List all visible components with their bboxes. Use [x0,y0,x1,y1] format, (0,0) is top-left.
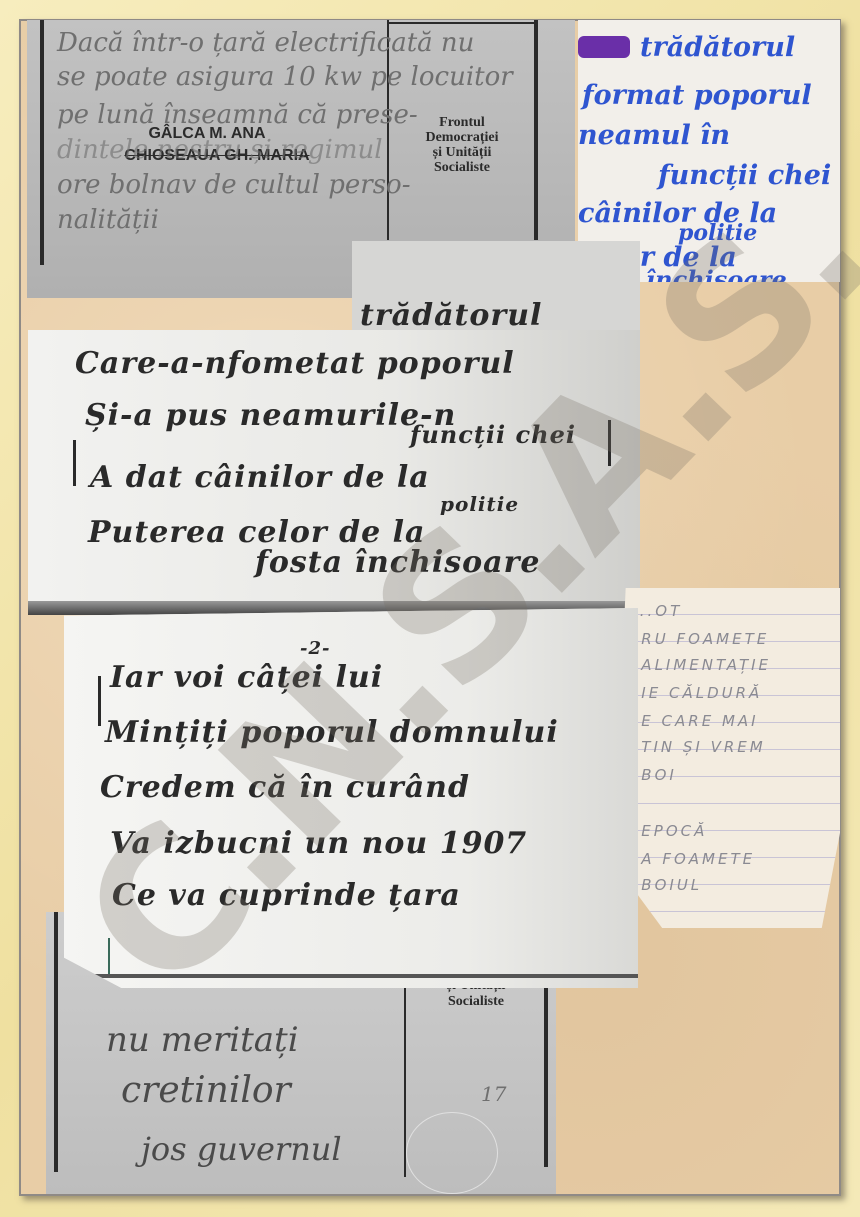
staple [108,938,110,978]
purple-marker-mark [578,36,630,58]
handwriting-line: trădătorul [360,298,542,333]
party-line-2: Democrației [392,130,532,145]
handwriting-line: nu meritați [106,1020,299,1060]
handwriting-line: se poate asigura 10 kw pe locuitor [57,62,513,92]
pencil-caps-note: ...OT ...RU FOAMETE ...ALIMENTAȚIE ...IE… [612,588,840,928]
handwriting-line: ore bolnav de cultul perso- [57,170,410,200]
handwriting-line: închisoare [646,265,787,282]
ballot-top-rule [389,22,536,24]
handwriting-line: funcții chei [658,160,831,191]
handwriting-line: Mințiți poporul domnului [105,715,559,750]
handwriting-line: cretinilor [121,1070,291,1111]
staple [608,420,611,466]
stamp-circle [406,1112,498,1194]
staple [73,440,76,486]
ballot-border-right [534,20,538,240]
page-number: 17 [481,1082,506,1106]
handwriting-line: jos guvernul [141,1130,342,1168]
handwriting-line: Ce va cuprinde țara [112,878,461,913]
handwriting-line: ...E CARE MAI [618,712,759,730]
party-line-4: Socialiste [408,994,544,1009]
handwriting-line: ...TIN ȘI VREM [618,738,766,756]
handwriting-line: politie [440,492,519,516]
handwriting-line: fosta închisoare [255,545,540,580]
staple [98,676,101,726]
handwriting-line: dintele nostru și regimul [57,135,383,165]
handwriting-line: Care-a-nfometat poporul [75,346,515,381]
handwriting-line: format poporul [582,80,812,111]
party-line-4: Socialiste [392,160,532,175]
handwriting-line: pe lună înseamnă că prese- [57,100,418,130]
page-mark: -2- [300,638,330,659]
handwriting-line: Și-a pus neamurile-n [85,398,456,433]
handwriting-line: neamul în [578,120,730,151]
handwriting-line: ...OT [632,602,682,620]
handwriting-line: ...RU FOAMETE [618,630,769,648]
handwriting-line: funcții chei [410,420,576,449]
handwriting-line: ...ALIMENTAȚIE [618,656,771,674]
handwriting-line: ...A FOAMETE [618,850,755,868]
ballot-border-left [40,20,44,265]
handwriting-line: A dat câinilor de la [90,460,430,495]
handwriting-line: ...IE CĂLDURĂ [618,684,762,702]
handwriting-line: trădătorul [640,32,795,63]
ballot-border-left [54,912,58,1172]
photo-bottom-edge [64,974,638,978]
handwriting-line: Credem că în curând [100,770,470,805]
ballot-border-right [544,977,548,1167]
handwriting-line: Iar voi câței lui [110,660,383,695]
handwriting-line: nalității [57,205,159,235]
handwriting-line: Dacă într-o țară electrificată nu [57,28,474,58]
handwriting-line: Va izbucni un nou 1907 [110,826,527,861]
party-line-3: și Unității [392,145,532,160]
